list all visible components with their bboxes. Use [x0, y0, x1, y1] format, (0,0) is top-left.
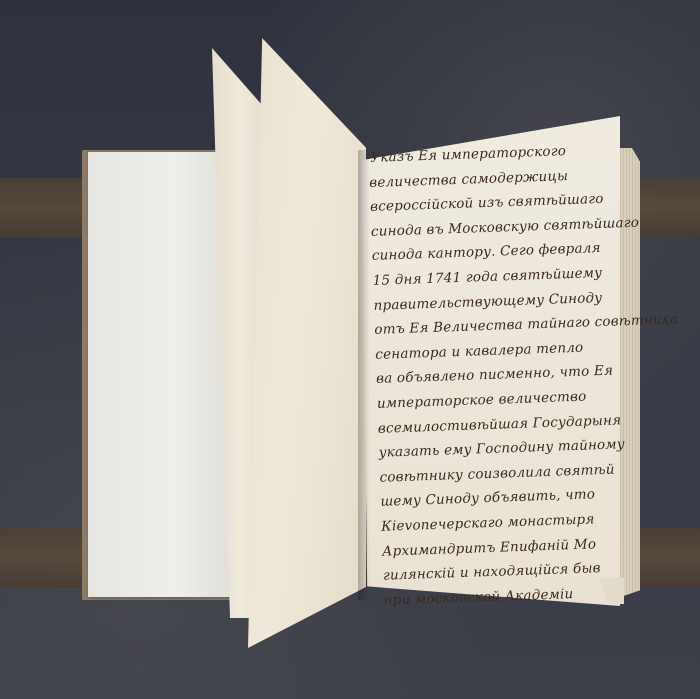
turning-page-2 [248, 38, 366, 648]
blank-left-page [88, 152, 238, 597]
spine-shadow [358, 150, 370, 600]
handwritten-text: Указъ Ея императорского величества самод… [368, 137, 634, 613]
